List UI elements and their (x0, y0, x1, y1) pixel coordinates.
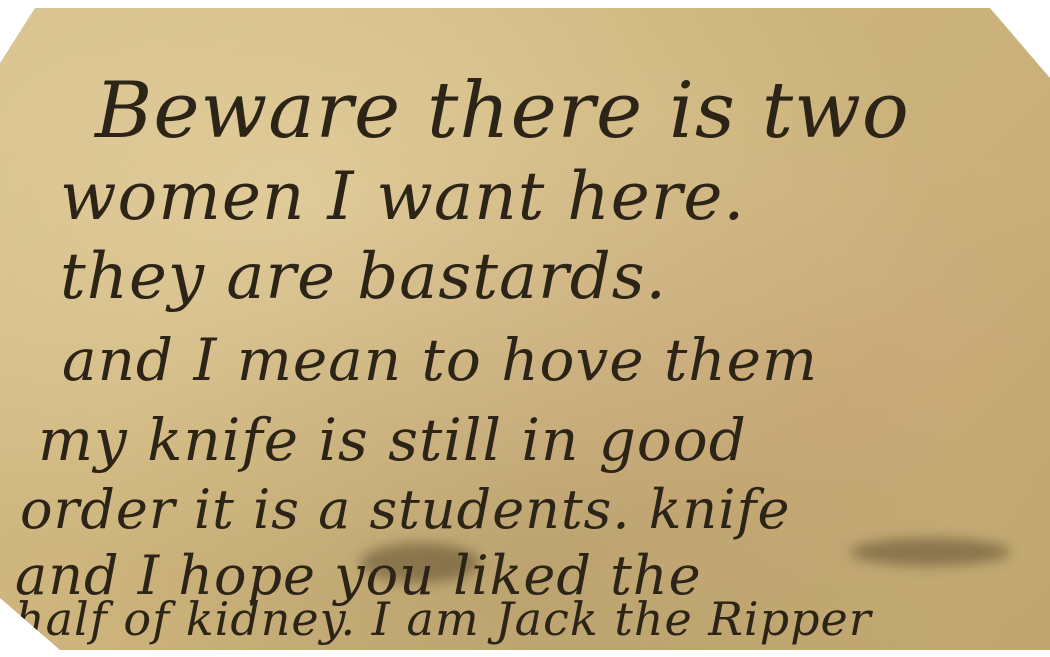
text-line-2: women I want here. (60, 158, 745, 235)
ink-stain (850, 538, 1010, 566)
text-line-6: order it is a students. knife (20, 478, 790, 541)
text-line-8-signature: half of kidney. I am Jack the Ripper (15, 592, 872, 646)
text-line-1: Beware there is two (95, 66, 910, 156)
text-line-5: my knife is still in good (38, 406, 747, 474)
postcard: Beware there is two women I want here. t… (0, 8, 1050, 650)
text-line-4: and I mean to hove them (62, 326, 818, 394)
text-line-3: they are bastards. (60, 240, 667, 314)
